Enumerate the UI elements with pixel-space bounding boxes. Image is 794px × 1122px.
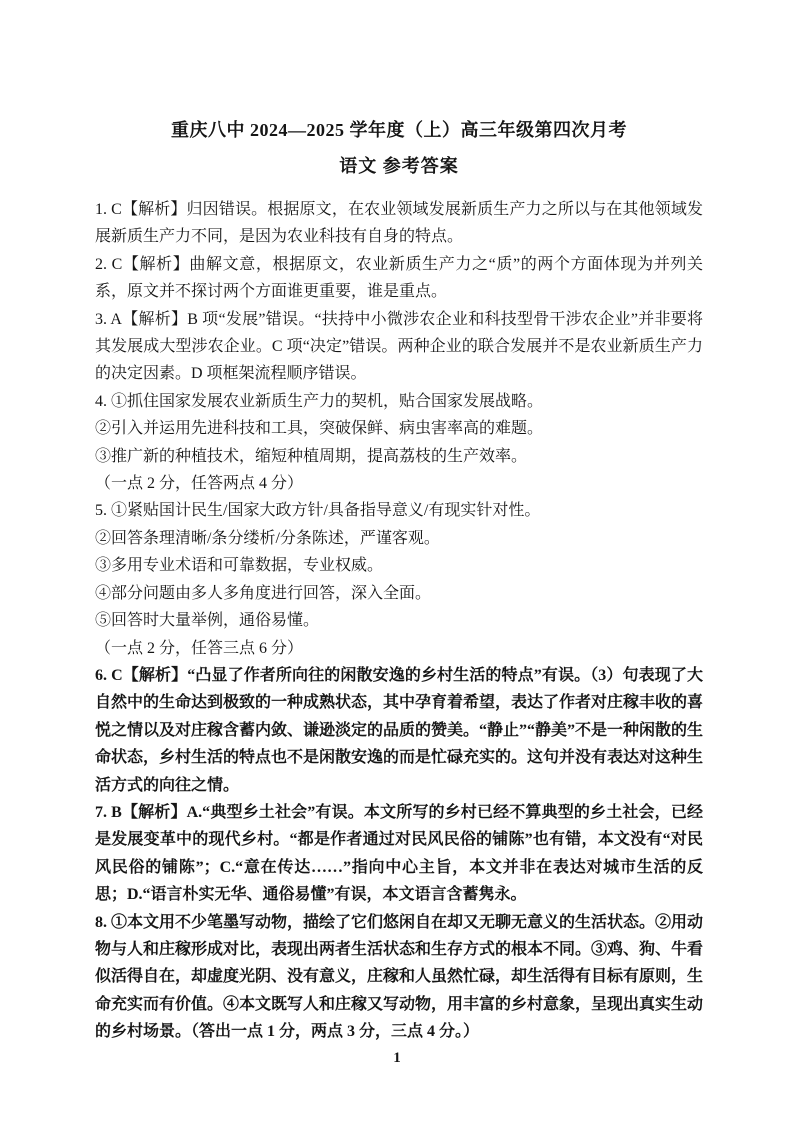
answer-paragraph-6: 6. C【解析】“凸显了作者所向往的闲散安逸的乡村生活的特点”有误。（3）句表现… [95,662,703,799]
answer-paragraph-2: 2. C【解析】曲解文意，根据原文，农业新质生产力之“质”的两个方面体现为并列关… [95,251,703,306]
document-content: 重庆八中 2024—2025 学年度（上）高三年级第四次月考 语文 参考答案 1… [95,116,703,1046]
answer-paragraph-5-point-3: ③多用专业术语和可靠数据，专业权威。 [95,552,703,579]
answer-paragraph-3: 3. A【解析】B 项“发展”错误。“扶持中小微涉农企业和科技型骨干涉农企业”并… [95,306,703,388]
answer-paragraph-1: 1. C【解析】归因错误。根据原文，在农业领域发展新质生产力之所以与在其他领域发… [95,196,703,251]
answer-paragraph-4-point-1: 4. ①抓住国家发展农业新质生产力的契机，贴合国家发展战略。 [95,388,703,415]
answer-paragraph-5-scoring-note: （一点 2 分，任答三点 6 分） [95,635,703,662]
answer-paragraph-5-point-4: ④部分问题由多人多角度进行回答，深入全面。 [95,580,703,607]
answer-paragraph-5-point-5: ⑤回答时大量举例，通俗易懂。 [95,607,703,634]
page-subtitle: 语文 参考答案 [95,152,703,180]
answer-paragraph-5-point-1: 5. ①紧贴国计民生/国家大政方针/具备指导意义/有现实针对性。 [95,497,703,524]
answer-paragraph-5-point-2: ②回答条理清晰/条分缕析/分条陈述，严谨客观。 [95,525,703,552]
page-number: 1 [0,1050,794,1067]
answer-paragraph-4-point-3: ③推广新的种植技术，缩短种植周期，提高荔枝的生产效率。 [95,443,703,470]
answer-paragraph-4-point-2: ②引入并运用先进科技和工具，突破保鲜、病虫害率高的难题。 [95,415,703,442]
document-page: 重庆八中 2024—2025 学年度（上）高三年级第四次月考 语文 参考答案 1… [0,0,794,1122]
page-title: 重庆八中 2024—2025 学年度（上）高三年级第四次月考 [95,116,703,144]
answer-paragraph-4-scoring-note: （一点 2 分，任答两点 4 分） [95,470,703,497]
answer-paragraph-7: 7. B【解析】A.“典型乡土社会”有误。本文所写的乡村已经不算典型的乡土社会，… [95,799,703,909]
answer-paragraph-8: 8. ①本文用不少笔墨写动物，描绘了它们悠闲自在却又无聊无意义的生活状态。②用动… [95,909,703,1046]
